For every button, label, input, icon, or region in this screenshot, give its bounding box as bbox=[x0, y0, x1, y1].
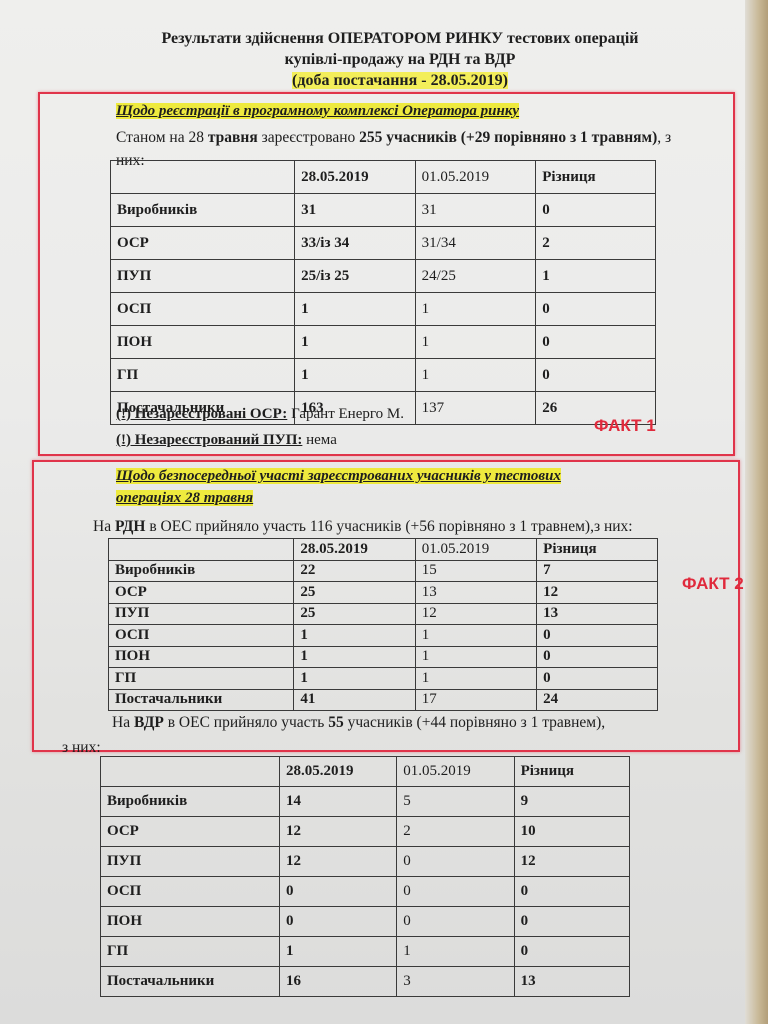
row-label: ПУП bbox=[111, 260, 295, 293]
column-header bbox=[101, 757, 280, 787]
vdr-intro-tail: з них: bbox=[62, 736, 101, 759]
fact-2-label: ФАКТ 2 bbox=[682, 574, 744, 594]
table-row: Постачальники16313 bbox=[101, 967, 630, 997]
table-cell: 1 bbox=[295, 326, 416, 359]
table-cell: 25 bbox=[294, 603, 415, 625]
table-row: ПУП12012 bbox=[101, 847, 630, 877]
table-row: ГП110 bbox=[111, 359, 656, 392]
table-cell: 0 bbox=[397, 907, 514, 937]
row-label: ОСР bbox=[101, 817, 280, 847]
table-cell: 16 bbox=[279, 967, 396, 997]
table-cell: 1 bbox=[415, 625, 536, 647]
table-cell: 1 bbox=[294, 668, 415, 690]
table-cell: 1 bbox=[295, 359, 416, 392]
table-cell: 12 bbox=[514, 847, 629, 877]
table-cell: 12 bbox=[415, 603, 536, 625]
table-cell: 25 bbox=[294, 582, 415, 604]
table-row: Виробників22157 bbox=[109, 560, 658, 582]
row-label: ПУП bbox=[109, 603, 294, 625]
table-cell: 1 bbox=[415, 293, 536, 326]
table-cell: 31/34 bbox=[415, 227, 536, 260]
table-row: ПОН110 bbox=[111, 326, 656, 359]
table-cell: 0 bbox=[279, 877, 396, 907]
column-header: 28.05.2019 bbox=[295, 161, 416, 194]
table-cell: 1 bbox=[415, 359, 536, 392]
vdr-participation-table: 28.05.201901.05.2019РізницяВиробників145… bbox=[100, 756, 630, 997]
row-label: ГП bbox=[111, 359, 295, 392]
table-cell: 0 bbox=[397, 847, 514, 877]
table-header-row: 28.05.201901.05.2019Різниця bbox=[109, 539, 658, 561]
row-label: ПУП bbox=[101, 847, 280, 877]
row-label: ГП bbox=[109, 668, 294, 690]
table-row: ОСП110 bbox=[109, 625, 658, 647]
row-label: ГП bbox=[101, 937, 280, 967]
table-cell: 10 bbox=[514, 817, 629, 847]
table-cell: 1 bbox=[279, 937, 396, 967]
table-row: ОСП000 bbox=[101, 877, 630, 907]
table-cell: 24/25 bbox=[415, 260, 536, 293]
table-cell: 0 bbox=[514, 877, 629, 907]
column-header: 01.05.2019 bbox=[415, 161, 536, 194]
table-row: ПОН110 bbox=[109, 646, 658, 668]
table-cell: 0 bbox=[537, 646, 658, 668]
row-label: ПОН bbox=[101, 907, 280, 937]
section-1-heading: Щодо реєстрації в програмному комплексі … bbox=[116, 100, 519, 122]
rdn-intro: На РДН в ОЕС прийняло участь 116 учасник… bbox=[93, 515, 733, 538]
document-title: Результати здійснення ОПЕРАТОРОМ РИНКУ т… bbox=[100, 28, 700, 91]
table-cell: 41 bbox=[294, 689, 415, 711]
column-header bbox=[111, 161, 295, 194]
rdn-participation-table: 28.05.201901.05.2019РізницяВиробників221… bbox=[108, 538, 658, 711]
table-row: ПУП25/із 2524/251 bbox=[111, 260, 656, 293]
table-cell: 13 bbox=[537, 603, 658, 625]
table-cell: 1 bbox=[415, 668, 536, 690]
column-header: 28.05.2019 bbox=[279, 757, 396, 787]
table-cell: 33/із 34 bbox=[295, 227, 416, 260]
row-label: ПОН bbox=[111, 326, 295, 359]
table-cell: 2 bbox=[397, 817, 514, 847]
table-cell: 1 bbox=[295, 293, 416, 326]
title-line-1: Результати здійснення ОПЕРАТОРОМ РИНКУ т… bbox=[100, 28, 700, 49]
title-line-2: купівлі-продажу на РДН та ВДР bbox=[100, 49, 700, 70]
table-cell: 5 bbox=[397, 787, 514, 817]
table-cell: 0 bbox=[537, 625, 658, 647]
table-cell: 0 bbox=[279, 907, 396, 937]
table-row: ПОН000 bbox=[101, 907, 630, 937]
table-cell: 1 bbox=[536, 260, 656, 293]
table-cell: 1 bbox=[415, 326, 536, 359]
table-cell: 17 bbox=[415, 689, 536, 711]
table-cell: 12 bbox=[537, 582, 658, 604]
row-label: ОСП bbox=[109, 625, 294, 647]
table-cell: 13 bbox=[415, 582, 536, 604]
table-row: ПУП251213 bbox=[109, 603, 658, 625]
table-cell: 1 bbox=[415, 646, 536, 668]
table-cell: 137 bbox=[415, 392, 536, 425]
table-cell: 25/із 25 bbox=[295, 260, 416, 293]
table-cell: 14 bbox=[279, 787, 396, 817]
table-row: ОСР33/із 3431/342 bbox=[111, 227, 656, 260]
table-cell: 0 bbox=[514, 907, 629, 937]
vdr-intro: На ВДР в ОЕС прийняло участь 55 учасникі… bbox=[112, 711, 732, 734]
table-cell: 3 bbox=[397, 967, 514, 997]
table-cell: 1 bbox=[294, 646, 415, 668]
row-label: Виробників bbox=[111, 194, 295, 227]
column-header: Різниця bbox=[536, 161, 656, 194]
table-row: Виробників1459 bbox=[101, 787, 630, 817]
table-cell: 15 bbox=[415, 560, 536, 582]
row-label: ОСП bbox=[101, 877, 280, 907]
table-cell: 22 bbox=[294, 560, 415, 582]
row-label: ОСП bbox=[111, 293, 295, 326]
table-cell: 2 bbox=[536, 227, 656, 260]
table-cell: 0 bbox=[536, 293, 656, 326]
registration-table: 28.05.201901.05.2019РізницяВиробників313… bbox=[110, 160, 656, 425]
table-row: ОСП110 bbox=[111, 293, 656, 326]
row-label: Виробників bbox=[101, 787, 280, 817]
row-label: Виробників bbox=[109, 560, 294, 582]
table-row: ГП110 bbox=[101, 937, 630, 967]
table-cell: 12 bbox=[279, 817, 396, 847]
table-cell: 1 bbox=[397, 937, 514, 967]
table-row: Постачальники411724 bbox=[109, 689, 658, 711]
table-cell: 0 bbox=[397, 877, 514, 907]
column-header bbox=[109, 539, 294, 561]
table-cell: 0 bbox=[537, 668, 658, 690]
note-unregistered-osr: (!) Незареєстровані ОСР: Гарант Енерго М… bbox=[116, 406, 404, 423]
row-label: ОСР bbox=[109, 582, 294, 604]
title-date: (доба постачання - 28.05.2019) bbox=[292, 72, 508, 89]
column-header: 01.05.2019 bbox=[397, 757, 514, 787]
fact-1-label: ФАКТ 1 bbox=[594, 416, 656, 436]
table-cell: 0 bbox=[536, 326, 656, 359]
table-row: ОСР251312 bbox=[109, 582, 658, 604]
table-header-row: 28.05.201901.05.2019Різниця bbox=[111, 161, 656, 194]
table-cell: 1 bbox=[294, 625, 415, 647]
row-label: Постачальники bbox=[101, 967, 280, 997]
column-header: 28.05.2019 bbox=[294, 539, 415, 561]
table-cell: 31 bbox=[295, 194, 416, 227]
note-unregistered-pup: (!) Незареєстрований ПУП: нема bbox=[116, 432, 337, 449]
column-header: 01.05.2019 bbox=[415, 539, 536, 561]
table-cell: 13 bbox=[514, 967, 629, 997]
column-header: Різниця bbox=[514, 757, 629, 787]
table-header-row: 28.05.201901.05.2019Різниця bbox=[101, 757, 630, 787]
desk-edge bbox=[745, 0, 768, 1024]
table-cell: 0 bbox=[536, 359, 656, 392]
table-cell: 0 bbox=[536, 194, 656, 227]
table-row: Виробників31310 bbox=[111, 194, 656, 227]
row-label: ПОН bbox=[109, 646, 294, 668]
table-cell: 31 bbox=[415, 194, 536, 227]
column-header: Різниця bbox=[537, 539, 658, 561]
row-label: Постачальники bbox=[109, 689, 294, 711]
section-2-heading: Щодо безпосередньої участі зареєстровани… bbox=[116, 465, 696, 509]
table-cell: 9 bbox=[514, 787, 629, 817]
table-row: ОСР12210 bbox=[101, 817, 630, 847]
table-cell: 0 bbox=[514, 937, 629, 967]
table-cell: 7 bbox=[537, 560, 658, 582]
table-cell: 12 bbox=[279, 847, 396, 877]
table-row: ГП110 bbox=[109, 668, 658, 690]
table-cell: 24 bbox=[537, 689, 658, 711]
row-label: ОСР bbox=[111, 227, 295, 260]
